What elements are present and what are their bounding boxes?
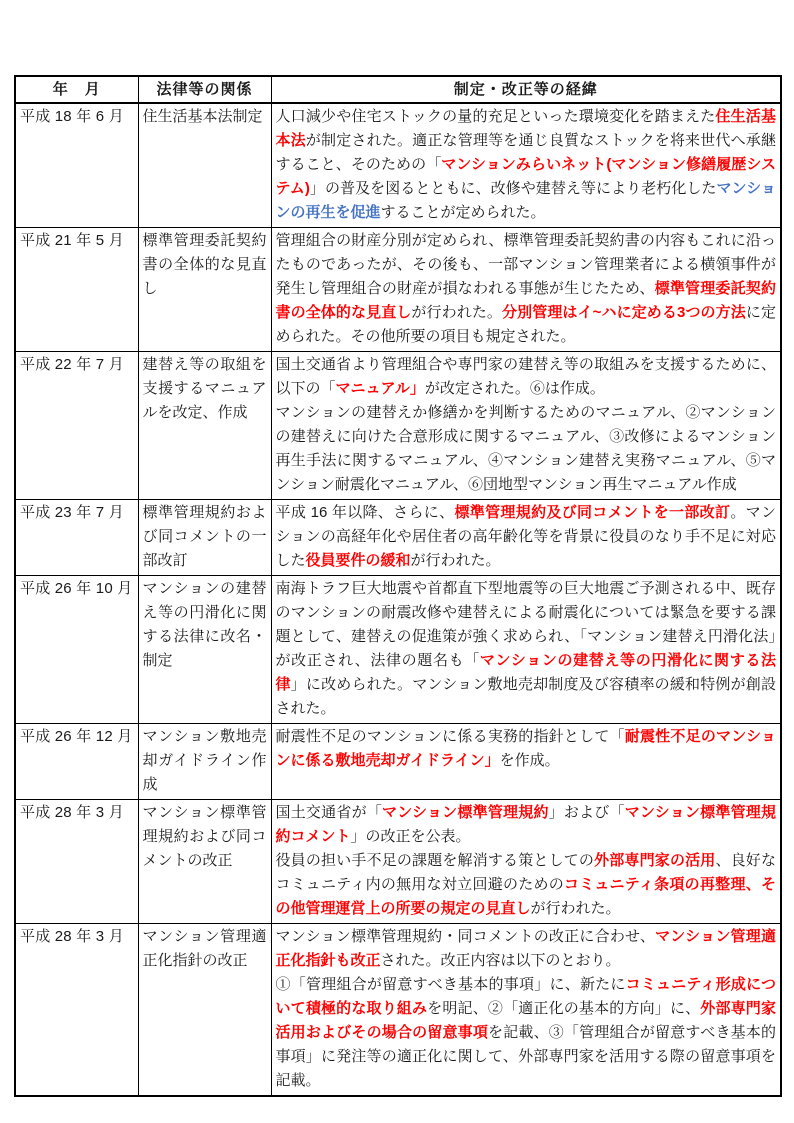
details-paragraph: マンションの建替えか修繕かを判断するためのマニュアル、②マンションの建替えに向け… xyxy=(276,401,777,497)
date-cell: 平成 23 年 7 月 xyxy=(15,500,138,576)
text-segment: 人口減少や住宅ストックの量的充足といった環境変化を踏まえた xyxy=(276,108,716,125)
text-segment: 」の改正を公表。 xyxy=(351,828,471,845)
date-cell: 平成 28 年 3 月 xyxy=(15,800,138,924)
details-cell: 国土交通省より管理組合や専門家の建替え等の取組みを支援するために、以下の「マニュ… xyxy=(271,352,781,500)
law-cell: 建替え等の取組を支援するマニュアルを改定、作成 xyxy=(138,352,271,500)
details-cell: 耐震性不足のマンションに係る実務的指針として「耐震性不足のマンションに係る敷地売… xyxy=(271,724,781,800)
details-cell: マンション標準管理規約・同コメントの改正に合わせ、マンション管理適正化指針も改正… xyxy=(271,924,781,1097)
table-row: 平成 26 年 10 月マンションの建替え等の円滑化に関する法律に改名・制定南海… xyxy=(15,576,781,724)
text-segment: 外部専門家の活用 xyxy=(594,852,715,869)
details-paragraph: 耐震性不足のマンションに係る実務的指針として「耐震性不足のマンションに係る敷地売… xyxy=(276,725,777,773)
table-body: 平成 18 年 6 月住生活基本法制定人口減少や住宅ストックの量的充足といった環… xyxy=(15,103,781,1096)
text-segment: マンション標準管理規約 xyxy=(382,804,549,821)
text-segment: ①「管理組合が留意すべき基本的事項」に、新たに xyxy=(276,976,626,993)
law-cell: 住生活基本法制定 xyxy=(138,103,271,228)
text-segment: マニュアル」 xyxy=(336,380,425,397)
header-row: 年 月 法律等の関係 制定・改正等の経緯 xyxy=(15,76,781,103)
text-segment: が行われた。 xyxy=(411,552,501,569)
date-cell: 平成 26 年 10 月 xyxy=(15,576,138,724)
text-segment: が改定された。⑥は作成。 xyxy=(425,380,605,397)
text-segment: を作成。 xyxy=(500,752,560,769)
date-cell: 平成 22 年 7 月 xyxy=(15,352,138,500)
table-row: 平成 21 年 5 月標準管理委託契約書の全体的な見直し管理組合の財産分別が定め… xyxy=(15,228,781,352)
details-paragraph: 管理組合の財産分別が定められ、標準管理委託契約書の内容もこれに沿ったものであった… xyxy=(276,229,777,349)
table-row: 平成 26 年 12 月マンション敷地売却ガイドライン作成耐震性不足のマンション… xyxy=(15,724,781,800)
table-row: 平成 22 年 7 月建替え等の取組を支援するマニュアルを改定、作成国土交通省よ… xyxy=(15,352,781,500)
details-paragraph: 国土交通省が「マンション標準管理規約」および「マンション標準管理規約コメント」の… xyxy=(276,801,777,849)
law-cell: マンション標準管理規約および同コメントの改正 xyxy=(138,800,271,924)
text-segment: された。改正内容は以下のとおり。 xyxy=(381,952,621,969)
details-paragraph: 役員の担い手不足の課題を解消する策としての外部専門家の活用、良好なコミュニティ内… xyxy=(276,849,777,921)
text-segment: マンションの建替えか修繕かを判断するためのマニュアル、②マンションの建替えに向け… xyxy=(276,404,777,493)
text-segment: が行われた。 xyxy=(411,304,502,321)
header-law-relation: 法律等の関係 xyxy=(138,76,271,103)
details-paragraph: 南海トラフ巨大地震や首都直下型地震等の巨大地震ご予測される中、既存のマンションの… xyxy=(276,577,777,721)
law-history-table: 年 月 法律等の関係 制定・改正等の経緯 平成 18 年 6 月住生活基本法制定… xyxy=(14,75,782,1097)
details-paragraph: ①「管理組合が留意すべき基本的事項」に、新たにコミュニティ形成について積極的な取… xyxy=(276,973,777,1093)
text-segment: 役員要件の緩和 xyxy=(306,552,411,569)
details-paragraph: マンション標準管理規約・同コメントの改正に合わせ、マンション管理適正化指針も改正… xyxy=(276,925,777,973)
text-segment: を明記、②「適正化の基本的方向」に、 xyxy=(427,1000,700,1017)
table-row: 平成 28 年 3 月マンション標準管理規約および同コメントの改正国土交通省が「… xyxy=(15,800,781,924)
text-segment: 耐震性不足のマンションに係る実務的指針として「 xyxy=(276,728,625,745)
text-segment: 」に改められた。マンション敷地売却制度及び容積率の緩和特例が創設された。 xyxy=(276,676,776,717)
table-row: 平成 23 年 7 月標準管理規約および同コメントの一部改訂平成 16 年以降、… xyxy=(15,500,781,576)
text-segment: 」および「 xyxy=(549,804,625,821)
table-row: 平成 28 年 3 月マンション管理適正化指針の改正マンション標準管理規約・同コ… xyxy=(15,924,781,1097)
header-year-month: 年 月 xyxy=(15,76,138,103)
details-cell: 平成 16 年以降、さらに、標準管理規約及び同コメントを一部改訂。マンションの高… xyxy=(271,500,781,576)
text-segment: 」の普及を図るとともに、改修や建替え等により老朽化した xyxy=(310,180,717,197)
header-enactment-history: 制定・改正等の経緯 xyxy=(271,76,781,103)
details-cell: 管理組合の財産分別が定められ、標準管理委託契約書の内容もこれに沿ったものであった… xyxy=(271,228,781,352)
table-row: 平成 18 年 6 月住生活基本法制定人口減少や住宅ストックの量的充足といった環… xyxy=(15,103,781,228)
law-cell: マンションの建替え等の円滑化に関する法律に改名・制定 xyxy=(138,576,271,724)
law-cell: 標準管理委託契約書の全体的な見直し xyxy=(138,228,271,352)
text-segment: 国土交通省が「 xyxy=(276,804,383,821)
document-page: 年 月 法律等の関係 制定・改正等の経緯 平成 18 年 6 月住生活基本法制定… xyxy=(0,0,794,1123)
text-segment: マンション標準管理規約・同コメントの改正に合わせ、 xyxy=(276,928,656,945)
date-cell: 平成 28 年 3 月 xyxy=(15,924,138,1097)
date-cell: 平成 21 年 5 月 xyxy=(15,228,138,352)
text-segment: することが定められた。 xyxy=(381,204,546,221)
details-cell: 南海トラフ巨大地震や首都直下型地震等の巨大地震ご予測される中、既存のマンションの… xyxy=(271,576,781,724)
law-cell: マンション管理適正化指針の改正 xyxy=(138,924,271,1097)
details-paragraph: 国土交通省より管理組合や専門家の建替え等の取組みを支援するために、以下の「マニュ… xyxy=(276,353,777,401)
law-cell: 標準管理規約および同コメントの一部改訂 xyxy=(138,500,271,576)
text-segment: 分別管理はイ~ハに定める3つの方法 xyxy=(502,304,746,321)
text-segment: が行われた。 xyxy=(531,900,621,917)
details-paragraph: 平成 16 年以降、さらに、標準管理規約及び同コメントを一部改訂。マンションの高… xyxy=(276,501,777,573)
date-cell: 平成 26 年 12 月 xyxy=(15,724,138,800)
details-paragraph: 人口減少や住宅ストックの量的充足といった環境変化を踏まえた住生活基本法が制定され… xyxy=(276,105,777,225)
details-cell: 国土交通省が「マンション標準管理規約」および「マンション標準管理規約コメント」の… xyxy=(271,800,781,924)
law-cell: マンション敷地売却ガイドライン作成 xyxy=(138,724,271,800)
details-cell: 人口減少や住宅ストックの量的充足といった環境変化を踏まえた住生活基本法が制定され… xyxy=(271,103,781,228)
text-segment: 標準管理規約及び同コメントを一部改訂 xyxy=(454,504,730,521)
text-segment: 平成 16 年以降、さらに、 xyxy=(276,504,455,521)
date-cell: 平成 18 年 6 月 xyxy=(15,103,138,228)
text-segment: 役員の担い手不足の課題を解消する策としての xyxy=(276,852,595,869)
